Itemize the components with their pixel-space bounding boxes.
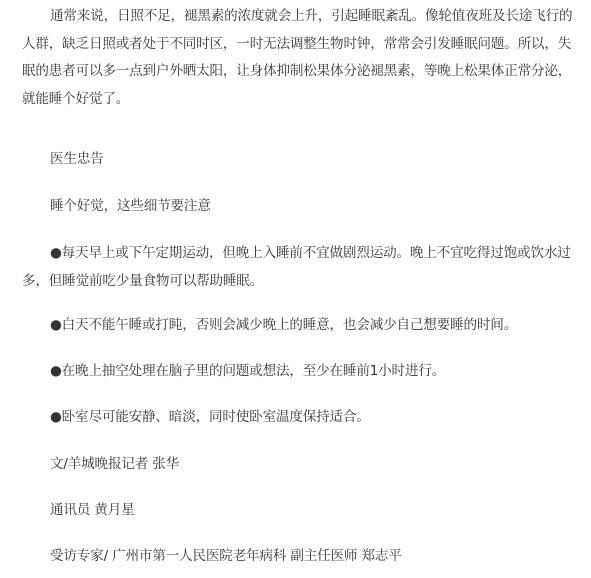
subtitle: 睡个好觉，这些细节要注意 [50,193,580,221]
article-body: 通常来说，日照不足，褪黑素的浓度就会上升，引起睡眠紊乱。像轮值夜班及长途飞行的人… [0,0,591,578]
byline-reporter: 文/羊城晚报记者 张华 [50,451,580,479]
byline-expert: 受访专家/ 广州市第一人民医院老年病科 副主任医师 郑志平 [50,543,580,571]
tip-item: ●卧室尽可能安静、暗淡，同时使卧室温度保持适合。 [50,404,580,432]
tip-item: ●白天不能午睡或打盹，否则会减少晚上的睡意，也会减少自己想要睡的时间。 [50,312,580,340]
byline-correspondent: 通讯员 黄月星 [50,497,580,525]
section-title: 医生忠告 [50,146,580,174]
tip-item: ●每天早上或下午定期运动，但晚上入睡前不宜做剧烈运动。晚上不宜吃得过饱或饮水过多… [22,240,578,295]
tip-item: ●在晚上抽空处理在脑子里的问题或想法，至少在睡前1小时进行。 [50,358,580,386]
intro-paragraph: 通常来说，日照不足，褪黑素的浓度就会上升，引起睡眠紊乱。像轮值夜班及长途飞行的人… [22,3,578,113]
